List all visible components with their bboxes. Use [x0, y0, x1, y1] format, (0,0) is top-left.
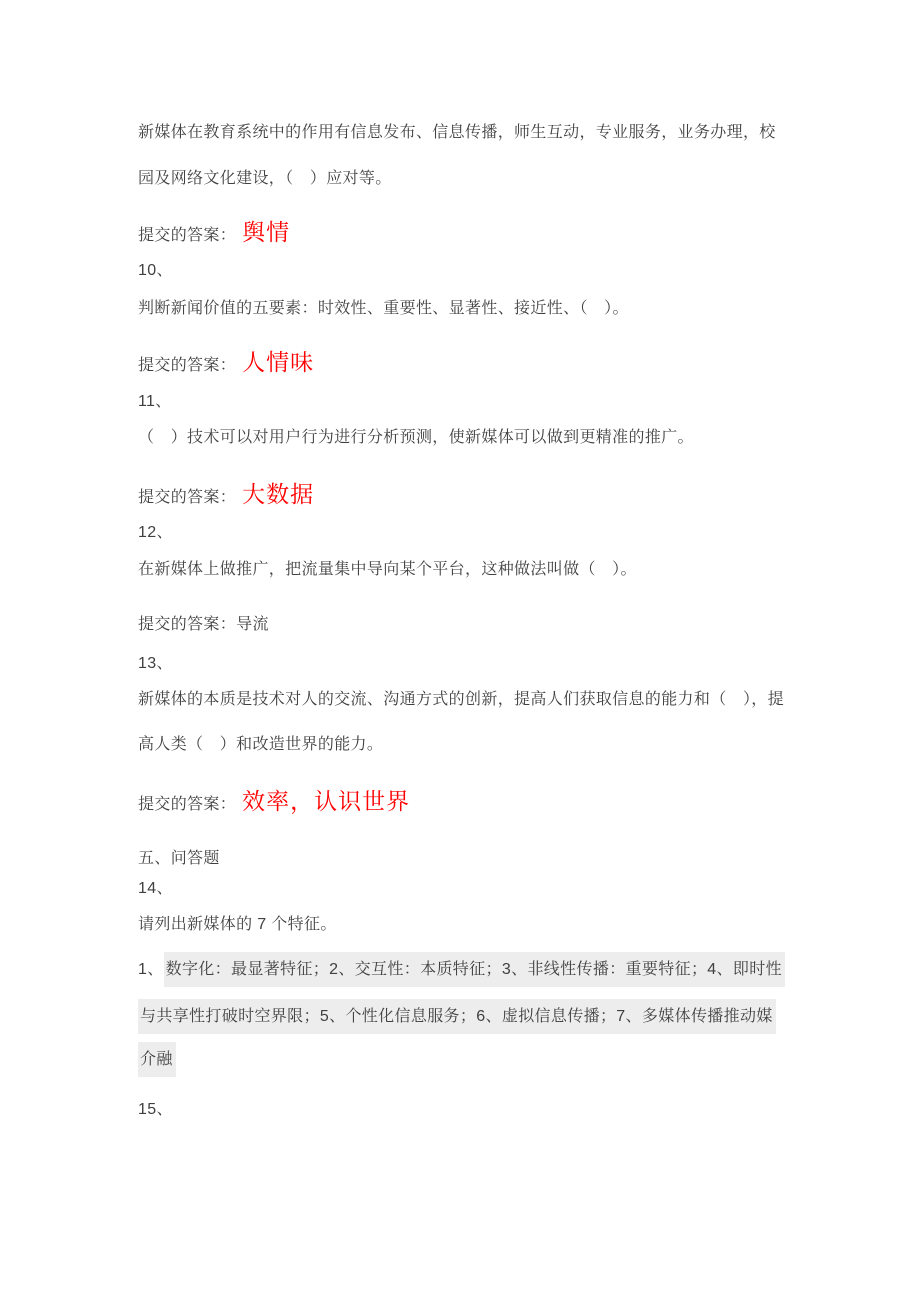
q11-text: （ ）技术可以对用户行为进行分析预测，使新媒体可以做到更精准的推广。 [138, 415, 694, 460]
q9-answer-label: 提交的答案： [138, 227, 236, 244]
q13-answer-value: 效率，认识世界 [242, 788, 410, 814]
q10-answer-value: 人情味 [242, 349, 314, 375]
q12-answer-value: 导流 [236, 616, 269, 633]
q15-number: 15、 [138, 1087, 173, 1132]
q11-answer-label: 提交的答案： [138, 489, 236, 506]
q9-answer-value: 舆情 [242, 219, 290, 245]
q13-answer-row: 提交的答案：效率，认识世界 [138, 779, 410, 824]
q13-text-line2: 高人类（ ）和改造世界的能力。 [138, 722, 383, 767]
q14-answer-line1: 1、数字化：最显著特征；2、交互性：本质特征；3、非线性传播：重要特征；4、即时… [138, 947, 785, 992]
q10-answer-label: 提交的答案： [138, 357, 236, 374]
document-page: 新媒体在教育系统中的作用有信息发布、信息传播，师生互动，专业服务，业务办理，校 … [0, 0, 920, 1301]
q14-answer-highlight-1: 数字化：最显著特征；2、交互性：本质特征；3、非线性传播：重要特征；4、即时性 [164, 952, 785, 987]
q14-answer-line2: 与共享性打破时空界限；5、个性化信息服务；6、虚拟信息传播；7、多媒体传播推动媒 [138, 994, 776, 1039]
q10-text: 判断新闻价值的五要素：时效性、重要性、显著性、接近性、（ ）。 [138, 286, 629, 331]
q9-text-line1: 新媒体在教育系统中的作用有信息发布、信息传播，师生互动，专业服务，业务办理，校 [138, 110, 776, 155]
q14-answer-line3: 介融 [138, 1037, 176, 1082]
q13-answer-label: 提交的答案： [138, 796, 236, 813]
q12-answer-label: 提交的答案： [138, 616, 236, 633]
q9-text-line2: 园及网络文化建设，（ ）应对等。 [138, 156, 392, 201]
q13-text-line1: 新媒体的本质是技术对人的交流、沟通方式的创新，提高人们获取信息的能力和（ ），提 [138, 677, 784, 722]
q14-text: 请列出新媒体的 7 个特征。 [138, 902, 337, 947]
q12-text: 在新媒体上做推广，把流量集中导向某个平台，这种做法叫做（ ）。 [138, 547, 637, 592]
q14-answer-prefix: 1、 [138, 961, 164, 978]
q14-answer-highlight-2: 与共享性打破时空界限；5、个性化信息服务；6、虚拟信息传播；7、多媒体传播推动媒 [138, 999, 776, 1034]
q14-answer-highlight-3: 介融 [138, 1042, 176, 1077]
q11-answer-value: 大数据 [242, 481, 314, 507]
